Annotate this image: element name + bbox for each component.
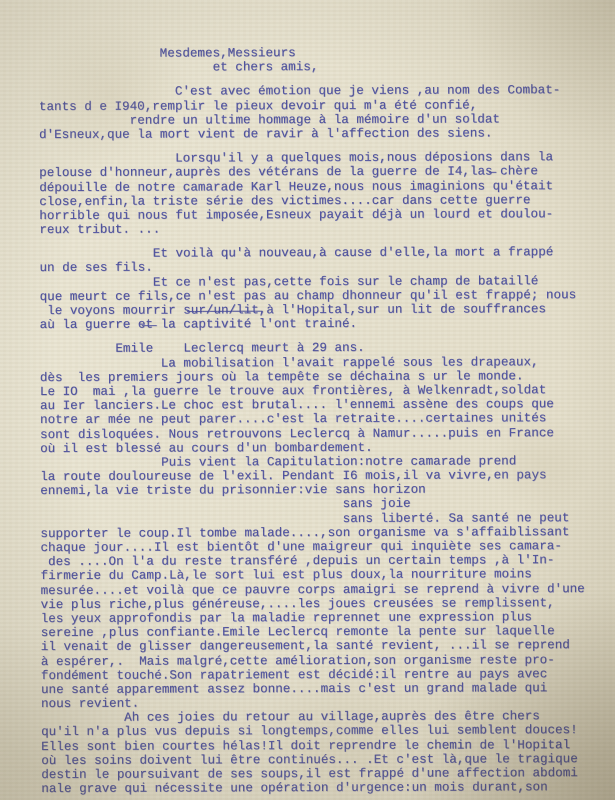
- document-line: qu'il n'a plus vus depuis si longtemps,c…: [41, 723, 612, 739]
- document-line: Et voilà qu'à nouveau,à cause d'elle,la …: [39, 245, 610, 261]
- document-line: C'est avec émotion que je viens ,au nom …: [39, 83, 610, 99]
- document-line: à espérer,. Mais malgré,cette améliorati…: [41, 653, 612, 669]
- document-line: firmerie du Camp.Là,le sort lui est plus…: [41, 567, 612, 583]
- document-line: dépouille de notre camarade Karl Heuze,n…: [39, 179, 610, 195]
- document-line: nale grave qui nécessite une opération d…: [41, 780, 612, 796]
- document-line: notre ar mée ne peut parer....c'est la r…: [40, 411, 611, 427]
- document-line: il venait de glisser dangereusement,la s…: [41, 638, 612, 654]
- document-line: le voyons mourrir s̶u̶r̶/̶u̶n̶/̶l̶i̶t̶,à…: [40, 302, 611, 318]
- document-body: Mesdemes,Messieurs et chers amis, C'est …: [39, 45, 613, 796]
- document-line: une santé apparemment assez bonne....mai…: [41, 681, 612, 697]
- document-line: sont disloquées. Nous retrouvons Leclerc…: [40, 426, 611, 442]
- scanned-letter-page: Mesdemes,Messieurs et chers amis, C'est …: [0, 0, 615, 800]
- document-line: La mobilisation l'avait rappelé sous les…: [40, 355, 611, 371]
- document-line: la route douloureuse de l'exil. Pendant …: [40, 468, 611, 484]
- document-line: horrible qui nous fut imposée,Esneux pay…: [39, 207, 610, 223]
- document-line: pelouse d'honneur,auprès des vétérans de…: [39, 164, 610, 180]
